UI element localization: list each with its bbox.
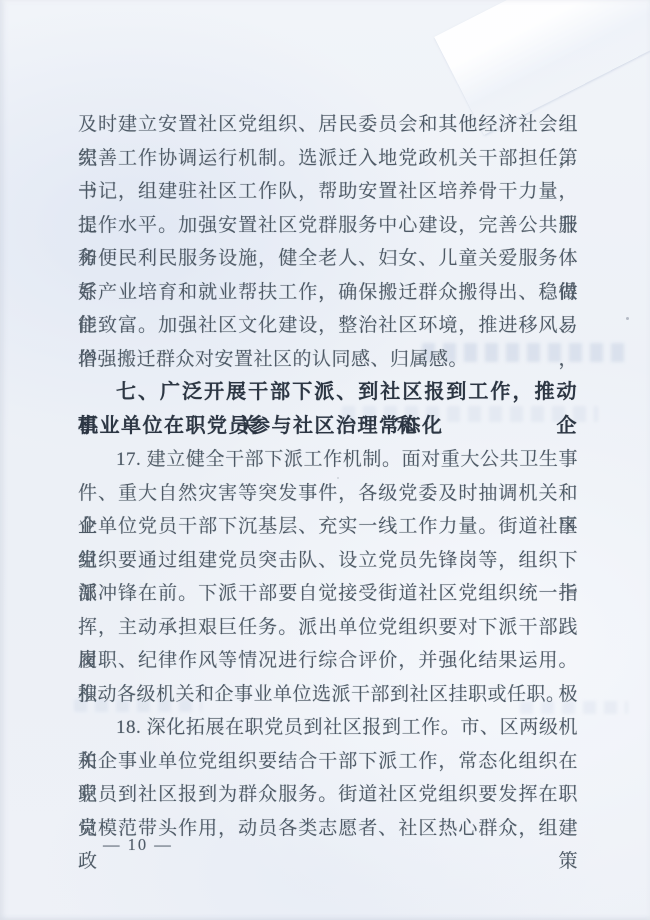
- page-content: 及时建立安置社区党组织、居民委员会和其他经济社会组织，完善工作协调运行机制。选派…: [78, 108, 578, 845]
- body-text-line: 书记，组建驻社区工作队，帮助安置社区培养骨干力量，提升: [78, 175, 578, 209]
- body-text-line: 履职、纪律作风等情况进行综合评价，并强化结果运用。积极: [78, 644, 578, 678]
- body-text-line: 完善工作协调运行机制。选派迁入地党政机关干部担任第一: [78, 142, 578, 176]
- body-text-line: 部冲锋在前。下派干部要自觉接受街道社区党组织统一指: [78, 577, 578, 611]
- document-page: 及时建立安置社区党组织、居民委员会和其他经济社会组织，完善工作协调运行机制。选派…: [0, 0, 650, 920]
- body-text-line: 业单位党员干部下沉基层、充实一线工作力量。街道社区党: [78, 510, 578, 544]
- body-text-line: 挥，主动承担艰巨任务。派出单位党组织要对下派干部践岗: [78, 611, 578, 645]
- body-text-line: 工作水平。加强安置社区党群服务中心建设，完善公共服务: [78, 209, 578, 243]
- body-text-line: 18. 深化拓展在职党员到社区报到工作。市、区两级机关: [78, 711, 578, 745]
- body-text-line: 17. 建立健全干部下派工作机制。面对重大公共卫生事: [78, 443, 578, 477]
- body-text-line: 推动各级机关和企事业单位选派干部到社区挂职或任职。: [78, 678, 578, 712]
- body-text-line: 组织要通过组建党员突击队、设立党员先锋岗等，组织下派干: [78, 544, 578, 578]
- body-text-line: 及时建立安置社区党组织、居民委员会和其他经济社会组织，: [78, 108, 578, 142]
- scan-speck: [626, 317, 629, 320]
- body-text-line: 和企事业单位党组织要结合干部下派工作，常态化组织在职: [78, 745, 578, 779]
- body-text-line: 党员到社区报到为群众服务。街道社区党组织要发挥在职党: [78, 778, 578, 812]
- body-text-line: 能致富。加强社区文化建设，整治社区环境，推进移风易俗，: [78, 309, 578, 343]
- page-number: — 10 —: [103, 835, 173, 855]
- body-text-line: 和便民利民服务设施，健全老人、妇女、儿童关爱服务体系，做: [78, 242, 578, 276]
- heading-line: 七、广泛开展干部下派、到社区报到工作，推动机关和企: [78, 376, 578, 410]
- body-text-line: 件、重大自然灾害等突发事件，各级党委及时抽调机关和企事: [78, 477, 578, 511]
- body-text-line: 好产业培育和就业帮扶工作，确保搬迁群众搬得出、稳得住、: [78, 276, 578, 310]
